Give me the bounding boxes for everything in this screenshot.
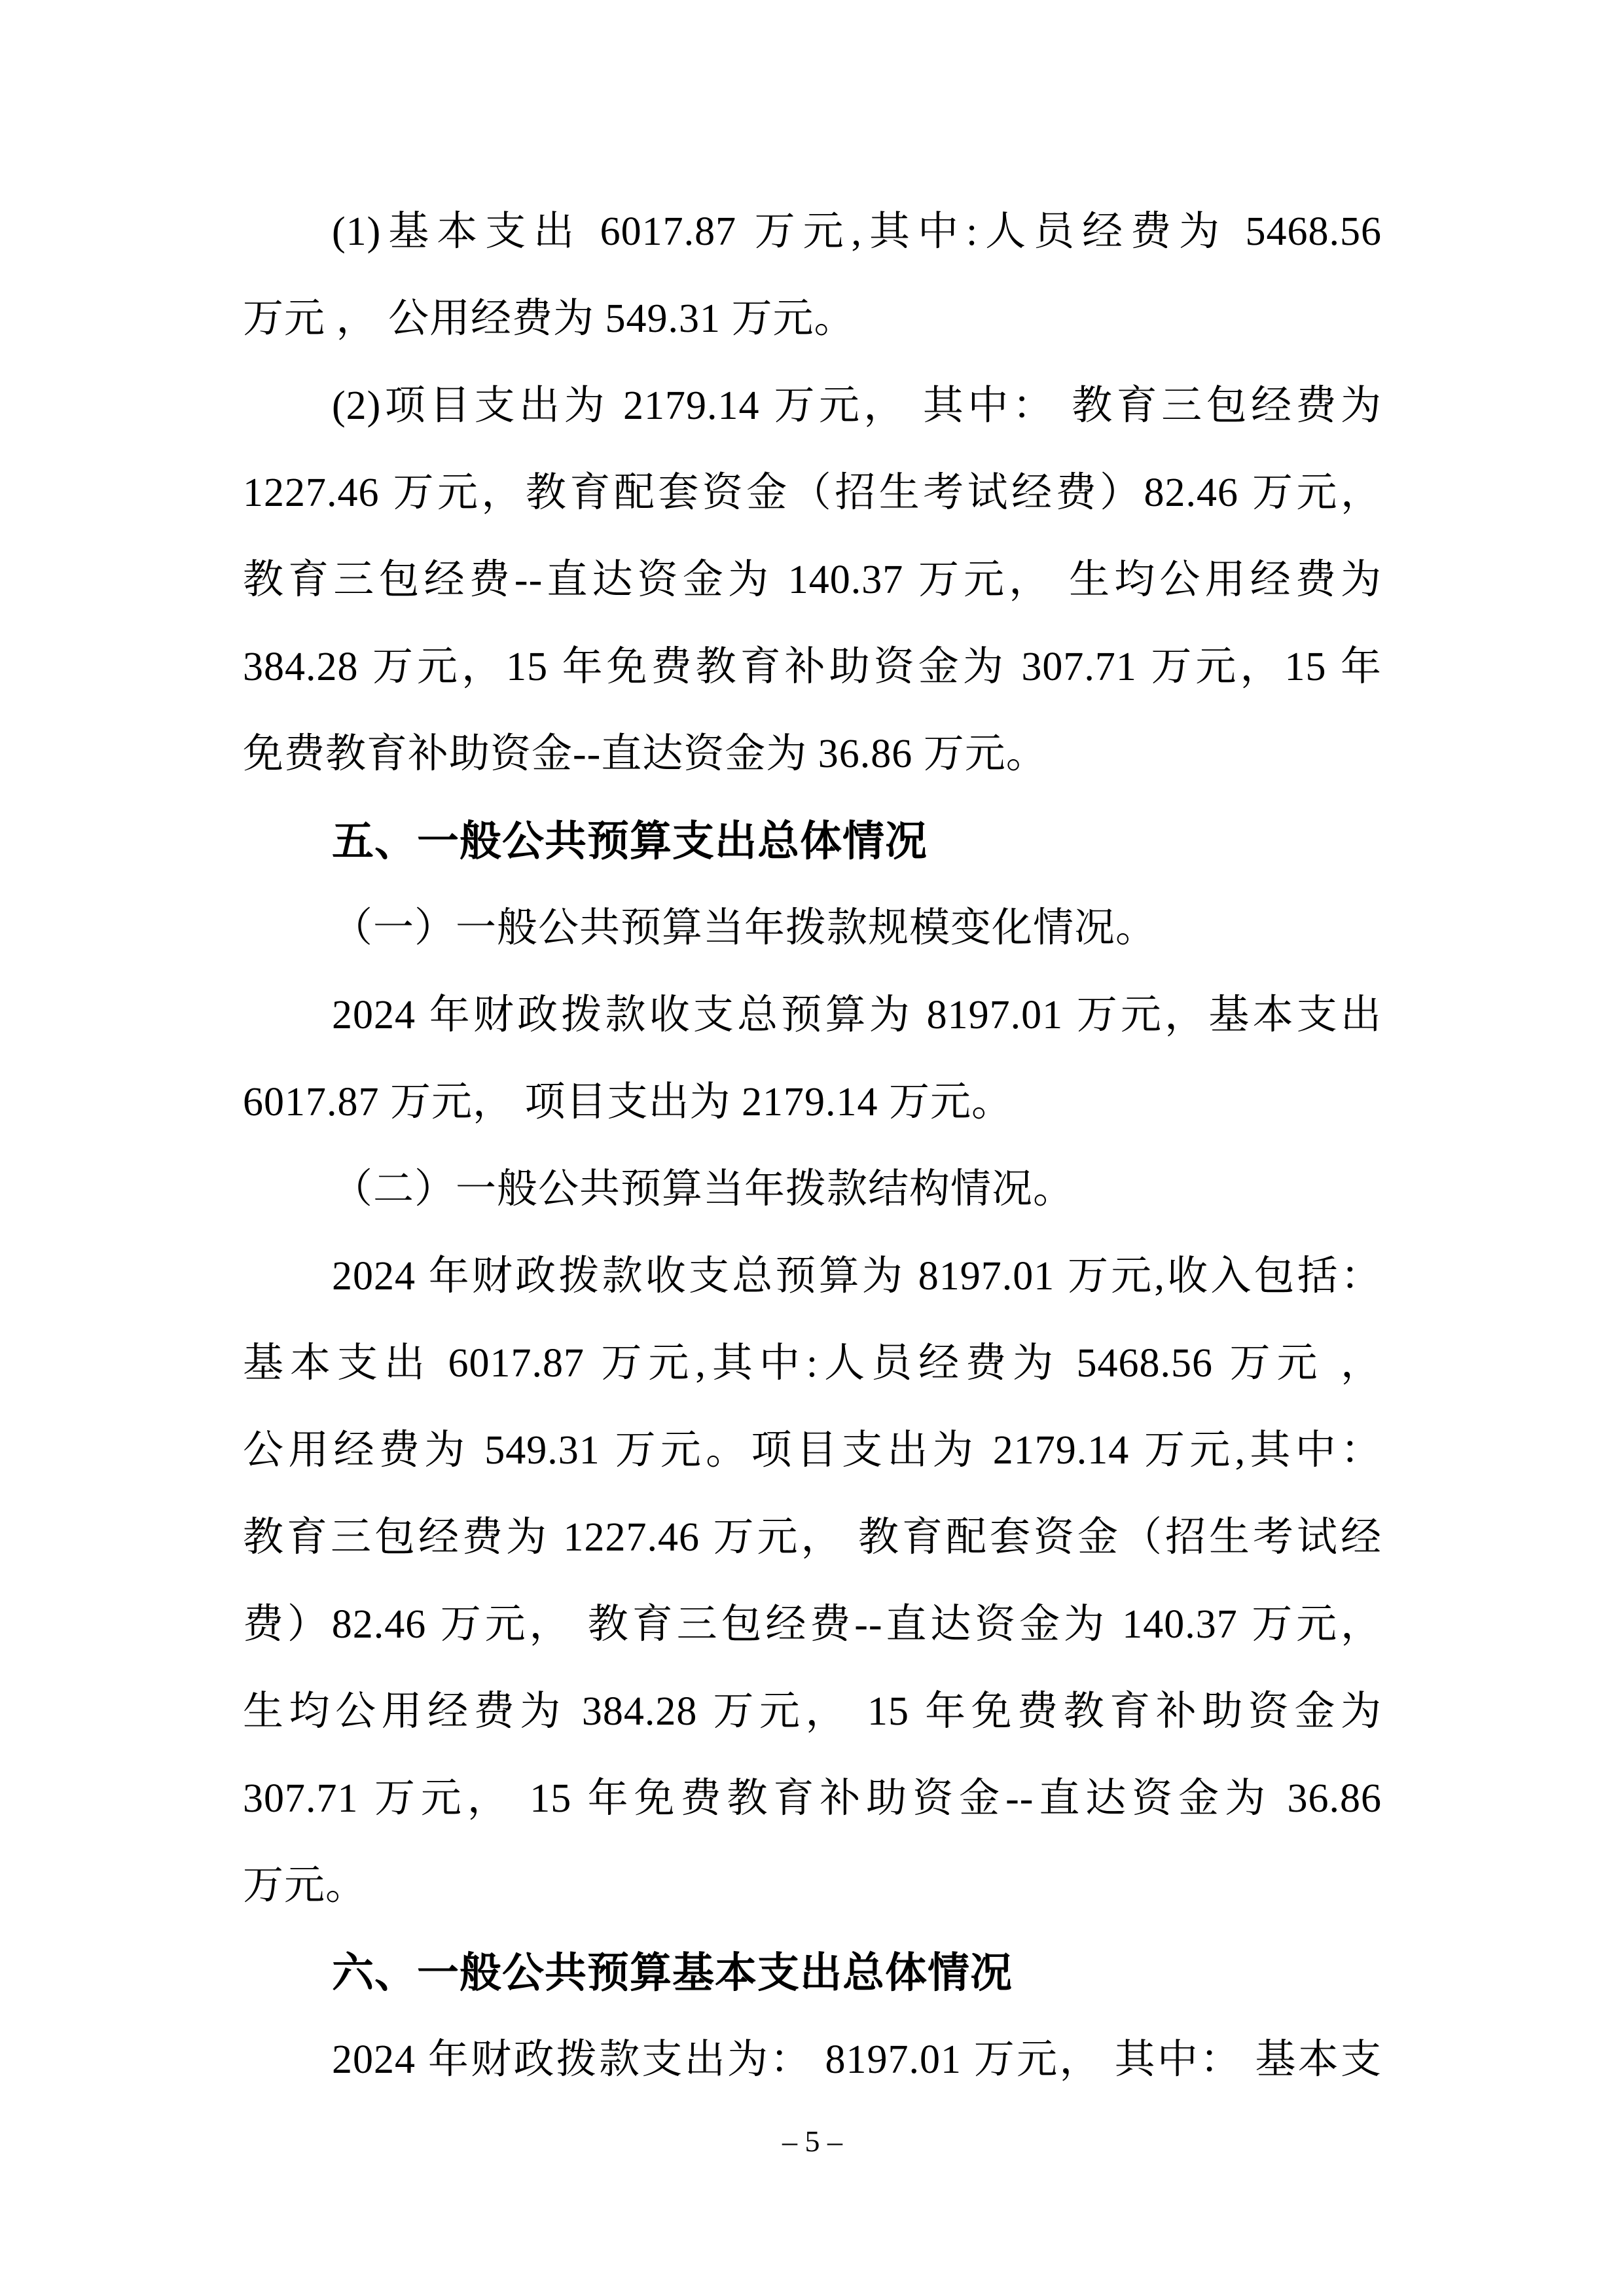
paragraph-line: 2024 年财政拨款支出为： 8197.01 万元， 其中： 基本支 bbox=[243, 2017, 1382, 2104]
paragraph-line: 费）82.46 万元， 教育三包经费--直达资金为 140.37 万元， bbox=[243, 1581, 1382, 1668]
paragraph-line: 万元。 bbox=[243, 1842, 1382, 1929]
paragraph-line: 生均公用经费为 384.28 万元， 15 年免费教育补助资金为 bbox=[243, 1668, 1382, 1755]
paragraph-line: 2024 年财政拨款收支总预算为 8197.01 万元，基本支出 bbox=[243, 972, 1382, 1059]
paragraph-line: 2024 年财政拨款收支总预算为 8197.01 万元,收入包括： bbox=[243, 1233, 1382, 1320]
paragraph-line: 6017.87 万元， 项目支出为 2179.14 万元。 bbox=[243, 1059, 1382, 1146]
section-heading: 六、一般公共预算基本支出总体情况 bbox=[243, 1929, 1382, 2017]
document-page: (1)基本支出 6017.87 万元,其中:人员经费为 5468.56 万元 ，… bbox=[0, 0, 1624, 2296]
paragraph-line: 免费教育补助资金--直达资金为 36.86 万元。 bbox=[243, 711, 1382, 798]
paragraph-line: (1)基本支出 6017.87 万元,其中:人员经费为 5468.56 bbox=[243, 188, 1382, 276]
paragraph-line: 教育三包经费--直达资金为 140.37 万元， 生均公用经费为 bbox=[243, 537, 1382, 624]
section-heading: 五、一般公共预算支出总体情况 bbox=[243, 798, 1382, 885]
paragraph-line: 384.28 万元，15 年免费教育补助资金为 307.71 万元，15 年 bbox=[243, 624, 1382, 711]
text-content: (1)基本支出 6017.87 万元,其中:人员经费为 5468.56 万元 ，… bbox=[243, 188, 1382, 2104]
paragraph-line: 1227.46 万元，教育配套资金（招生考试经费）82.46 万元， bbox=[243, 450, 1382, 537]
page-number: – 5 – bbox=[243, 2115, 1382, 2168]
paragraph-line: （一）一般公共预算当年拨款规模变化情况。 bbox=[243, 885, 1382, 972]
paragraph-line: 万元 ， 公用经费为 549.31 万元。 bbox=[243, 276, 1382, 363]
paragraph-line: （二）一般公共预算当年拨款结构情况。 bbox=[243, 1146, 1382, 1233]
paragraph-line: (2)项目支出为 2179.14 万元， 其中： 教育三包经费为 bbox=[243, 363, 1382, 450]
paragraph-line: 教育三包经费为 1227.46 万元， 教育配套资金（招生考试经 bbox=[243, 1494, 1382, 1581]
paragraph-line: 307.71 万元， 15 年免费教育补助资金--直达资金为 36.86 bbox=[243, 1755, 1382, 1842]
paragraph-line: 公用经费为 549.31 万元。项目支出为 2179.14 万元,其中： bbox=[243, 1407, 1382, 1494]
paragraph-line: 基本支出 6017.87 万元,其中:人员经费为 5468.56 万元 ， bbox=[243, 1320, 1382, 1407]
